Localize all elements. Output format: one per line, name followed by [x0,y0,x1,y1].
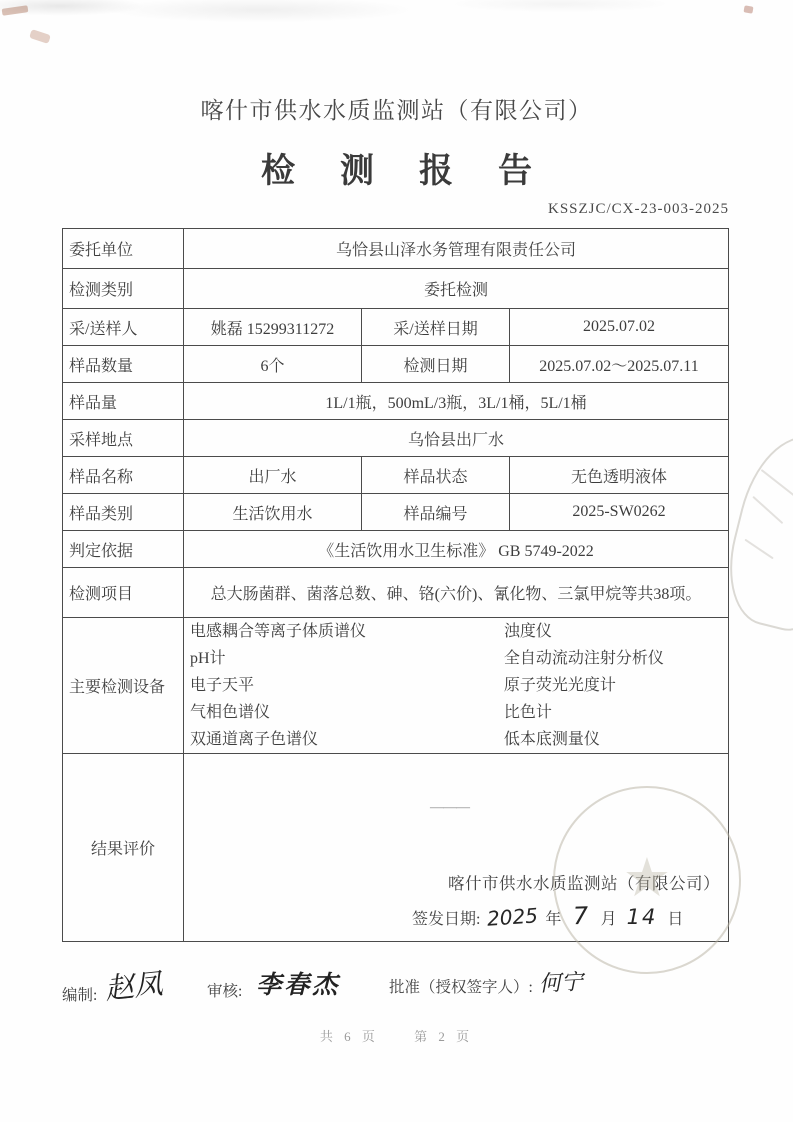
field-label: 采/送样人 [63,309,184,346]
equipment-list-left: 电感耦合等离子体质谱仪 pH计 电子天平 气相色谱仪 双通道离子色谱仪 [190,618,504,753]
report-page: 喀什市供水水质监测站（有限公司） 检测报告 KSSZJC/CX-23-003-2… [0,0,793,1122]
equipment-item: 低本底测量仪 [504,726,722,753]
approved-by-signature: 何宁 [538,965,584,998]
field-label: 主要检测设备 [63,618,184,754]
field-label: 采/送样日期 [362,309,510,346]
scan-artifact-mark [2,5,29,16]
total-pages: 共 6 页 [320,1029,379,1044]
page-counter: 共 6 页 第 2 页 [0,1026,793,1045]
field-value: 姚磊 15299311272 [184,309,362,346]
field-value: 生活饮用水 [184,494,362,531]
issue-date-label: 签发日期: [412,911,480,928]
signature-row: 编制: 赵凤 审核: 李春杰 批准（授权签字人）: 何宁 [0,948,793,1008]
month-unit: 月 [601,911,617,928]
equipment-item: 电子天平 [190,672,504,699]
field-label: 样品状态 [362,457,510,494]
row-main-equipment: 主要检测设备 电感耦合等离子体质谱仪 pH计 电子天平 气相色谱仪 双通道离子色… [63,618,729,754]
equipment-item: 浊度仪 [504,618,722,645]
equipment-item: 原子荧光光度计 [504,672,722,699]
field-label: 样品类别 [63,494,184,531]
field-value: 总大肠菌群、菌落总数、砷、铬(六价)、氰化物、三氯甲烷等共38项。 [184,568,729,618]
field-label: 检测项目 [63,568,184,618]
scan-artifact-mark [29,29,51,44]
row-sample-name: 样品名称 出厂水 样品状态 无色透明液体 [63,457,729,494]
field-label: 结果评价 [63,754,184,942]
field-value: 6个 [184,346,362,383]
row-test-items: 检测项目 总大肠菌群、菌落总数、砷、铬(六价)、氰化物、三氯甲烷等共38项。 [63,568,729,618]
prepared-by-label: 编制: [62,987,97,1004]
approved-by-group: 批准（授权签字人）: 何宁 [389,968,583,999]
current-page: 第 2 页 [414,1029,473,1044]
approved-by-label: 批准（授权签字人）: [389,979,533,996]
day-unit: 日 [667,911,683,928]
issue-date-line: 签发日期: 2025 年 7 月 14 日 [412,902,683,930]
field-label: 样品数量 [63,346,184,383]
field-label: 样品名称 [63,457,184,494]
reviewed-by-label: 审核: [207,983,242,1000]
row-consignor: 委托单位 乌恰县山泽水务管理有限责任公司 [63,229,729,269]
row-sampler: 采/送样人 姚磊 15299311272 采/送样日期 2025.07.02 [63,309,729,346]
field-label: 样品量 [63,383,184,420]
result-placeholder-dash: ——— [430,800,469,816]
reviewed-by-group: 审核: 李春杰 [207,968,340,1004]
field-value: 乌恰县山泽水务管理有限责任公司 [184,229,729,269]
issue-year-handwritten: 2025 [487,903,539,930]
equipment-item: 全自动流动注射分析仪 [504,645,722,672]
result-evaluation-cell: ——— 喀什市供水水质监测站（有限公司） 签发日期: 2025 年 7 月 14… [184,754,729,942]
field-value: 乌恰县出厂水 [184,420,729,457]
row-sampling-location: 采样地点 乌恰县出厂水 [63,420,729,457]
equipment-item: pH计 [190,645,504,672]
company-name-heading: 喀什市供水水质监测站（有限公司） [0,92,793,125]
field-value: 无色透明液体 [510,457,729,494]
issue-month-handwritten: 7 [573,902,589,931]
row-sample-category: 样品类别 生活饮用水 样品编号 2025-SW0262 [63,494,729,531]
reviewed-by-signature: 李春杰 [256,965,340,1001]
field-value: 委托检测 [184,269,729,309]
row-sample-quantity: 样品数量 6个 检测日期 2025.07.02～2025.07.11 [63,346,729,383]
issue-day-handwritten: 14 [627,905,658,929]
year-unit: 年 [545,911,561,928]
field-value: 出厂水 [184,457,362,494]
field-value: 2025.07.02～2025.07.11 [510,346,729,383]
report-info-table: 委托单位 乌恰县山泽水务管理有限责任公司 检测类别 委托检测 采/送样人 姚磊 … [62,228,729,942]
field-value: 1L/1瓶，500mL/3瓶，3L/1桶，5L/1桶 [184,383,729,420]
field-value: 2025.07.02 [510,309,729,346]
row-test-category: 检测类别 委托检测 [63,269,729,309]
equipment-list-right: 浊度仪 全自动流动注射分析仪 原子荧光光度计 比色计 低本底测量仪 [504,618,722,753]
field-value: 《生活饮用水卫生标准》 GB 5749-2022 [184,531,729,568]
report-code: KSSZJC/CX-23-003-2025 [548,201,729,218]
equipment-cell: 电感耦合等离子体质谱仪 pH计 电子天平 气相色谱仪 双通道离子色谱仪 浊度仪 … [184,618,729,754]
field-label: 委托单位 [63,229,184,269]
report-title: 检测报告 [0,143,793,192]
equipment-item: 气相色谱仪 [190,699,504,726]
row-judgment-basis: 判定依据 《生活饮用水卫生标准》 GB 5749-2022 [63,531,729,568]
row-sample-volume: 样品量 1L/1瓶，500mL/3瓶，3L/1桶，5L/1桶 [63,383,729,420]
field-label: 样品编号 [362,494,510,531]
field-label: 判定依据 [63,531,184,568]
equipment-item: 电感耦合等离子体质谱仪 [190,618,504,645]
field-label: 采样地点 [63,420,184,457]
issuing-org-name: 喀什市供水水质监测站（有限公司） [448,870,720,894]
prepared-by-signature: 赵凤 [103,961,165,1008]
field-label: 检测类别 [63,269,184,309]
equipment-item: 比色计 [504,699,722,726]
scan-artifact-mark [743,5,753,13]
field-value: 2025-SW0262 [510,494,729,531]
field-label: 检测日期 [362,346,510,383]
prepared-by-group: 编制: 赵凤 [62,968,163,1009]
equipment-item: 双通道离子色谱仪 [190,726,504,753]
row-result-evaluation: 结果评价 ——— 喀什市供水水质监测站（有限公司） 签发日期: 2025 年 7… [63,754,729,942]
